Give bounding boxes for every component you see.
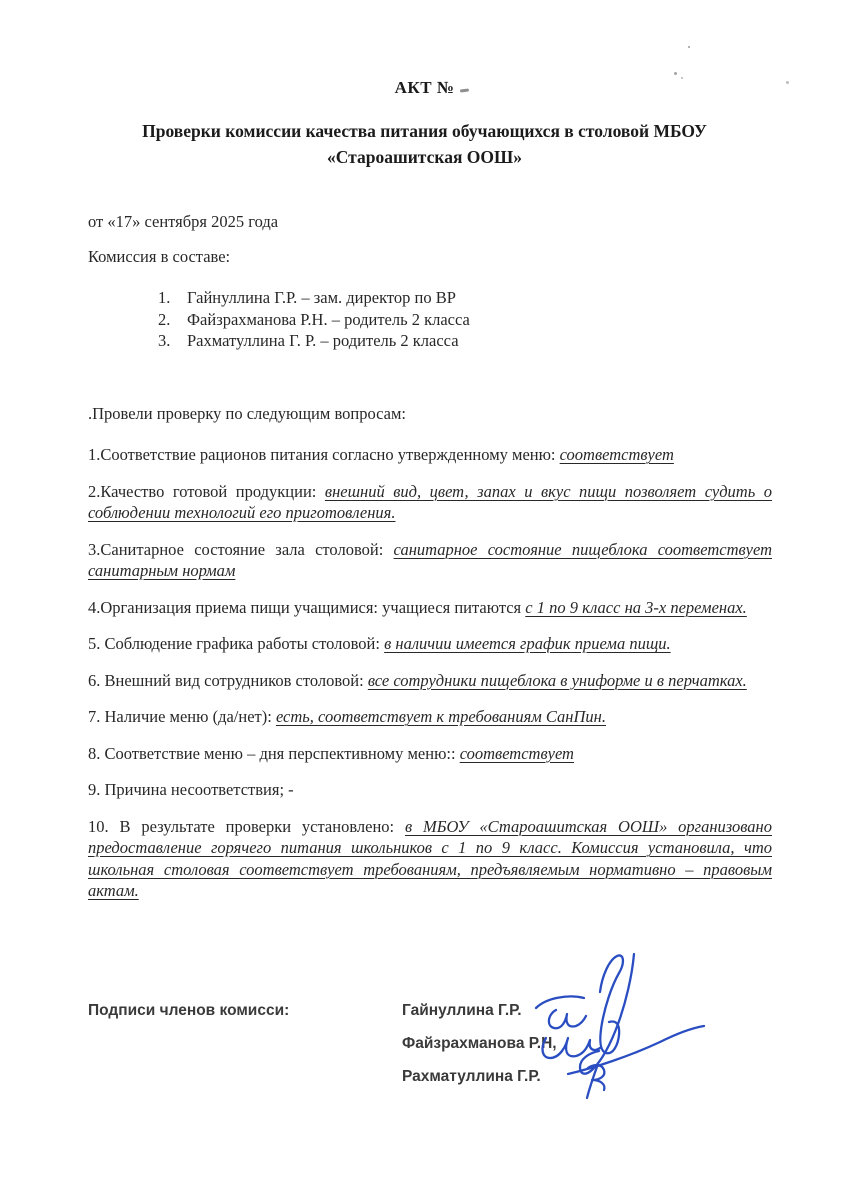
inspection-item-1: 1.Соответствие рационов питания согласно… (88, 444, 772, 466)
subtitle-line-2: «Староашитская ООШ» (60, 144, 789, 170)
act-title: АКТ № (0, 78, 849, 98)
item-label: 7. Наличие меню (да/нет): (88, 707, 276, 726)
inspection-items: 1.Соответствие рационов питания согласно… (88, 444, 772, 917)
member-text: Файзрахманова Р.Н. – родитель 2 класса (187, 309, 470, 331)
item-answer: в наличии имеется график приема пищи. (384, 634, 671, 653)
inspection-item-4: 4.Организация приема пищи учащимися: уча… (88, 597, 772, 619)
item-label: 4.Организация приема пищи учащимися: уча… (88, 598, 525, 617)
inspection-item-9: 9. Причина несоответствия; - (88, 779, 772, 801)
member-number: 3. (158, 330, 187, 352)
inspection-item-8: 8. Соответствие меню – дня перспективном… (88, 743, 772, 765)
item-label: 3.Санитарное состояние зала столовой: (88, 540, 394, 559)
item-label: 2.Качество готовой продукции: (88, 482, 325, 501)
member-number: 1. (158, 287, 187, 309)
item-label: 9. Причина несоответствия; - (88, 780, 294, 799)
scan-speck (688, 46, 690, 48)
scan-speck (674, 72, 677, 75)
inspection-item-7: 7. Наличие меню (да/нет): есть, соответс… (88, 706, 772, 728)
item-answer: есть, соответствует к требованиям СанПин… (276, 707, 606, 726)
item-label: 8. Соответствие меню – дня перспективном… (88, 744, 460, 763)
handwritten-signature-ink (522, 946, 717, 1104)
inspection-item-10: 10. В результате проверки установлено: в… (88, 816, 772, 902)
subtitle-line-1: Проверки комиссии качества питания обуча… (60, 118, 789, 144)
scan-speck (681, 77, 683, 79)
item-label: 1.Соответствие рационов питания согласно… (88, 445, 560, 464)
commission-member: 2. Файзрахманова Р.Н. – родитель 2 класс… (158, 309, 470, 331)
inspection-item-5: 5. Соблюдение графика работы столовой: в… (88, 633, 772, 655)
item-answer: соответствует (560, 445, 674, 464)
scan-speck (786, 81, 789, 84)
commission-member: 3. Рахматуллина Г. Р. – родитель 2 класс… (158, 330, 470, 352)
item-answer: все сотрудники пищеблока в униформе и в … (368, 671, 747, 690)
signatures-heading: Подписи членов комисси: (88, 1001, 289, 1021)
item-label: 6. Внешний вид сотрудников столовой: (88, 671, 368, 690)
item-label: 10. В результате проверки установлено: (88, 817, 405, 836)
scanned-document-page: АКТ № Проверки комиссии качества питания… (0, 0, 849, 1200)
date-line: от «17» сентября 2025 года (88, 212, 278, 232)
item-label: 5. Соблюдение графика работы столовой: (88, 634, 384, 653)
commission-member: 1. Гайнуллина Г.Р. – зам. директор по ВР (158, 287, 470, 309)
member-text: Гайнуллина Г.Р. – зам. директор по ВР (187, 287, 456, 309)
member-number: 2. (158, 309, 187, 331)
commission-member-list: 1. Гайнуллина Г.Р. – зам. директор по ВР… (158, 287, 470, 352)
document-subtitle: Проверки комиссии качества питания обуча… (60, 118, 789, 170)
item-answer: с 1 по 9 класс на 3-х переменах. (525, 598, 747, 617)
inspection-item-6: 6. Внешний вид сотрудников столовой: все… (88, 670, 772, 692)
commission-heading: Комиссия в составе: (88, 247, 230, 267)
intro-line: .Провели проверку по следующим вопросам: (88, 404, 406, 424)
inspection-item-3: 3.Санитарное состояние зала столовой: са… (88, 539, 772, 582)
inspection-item-2: 2.Качество готовой продукции: внешний ви… (88, 481, 772, 524)
item-answer: соответствует (460, 744, 574, 763)
member-text: Рахматуллина Г. Р. – родитель 2 класса (187, 330, 459, 352)
